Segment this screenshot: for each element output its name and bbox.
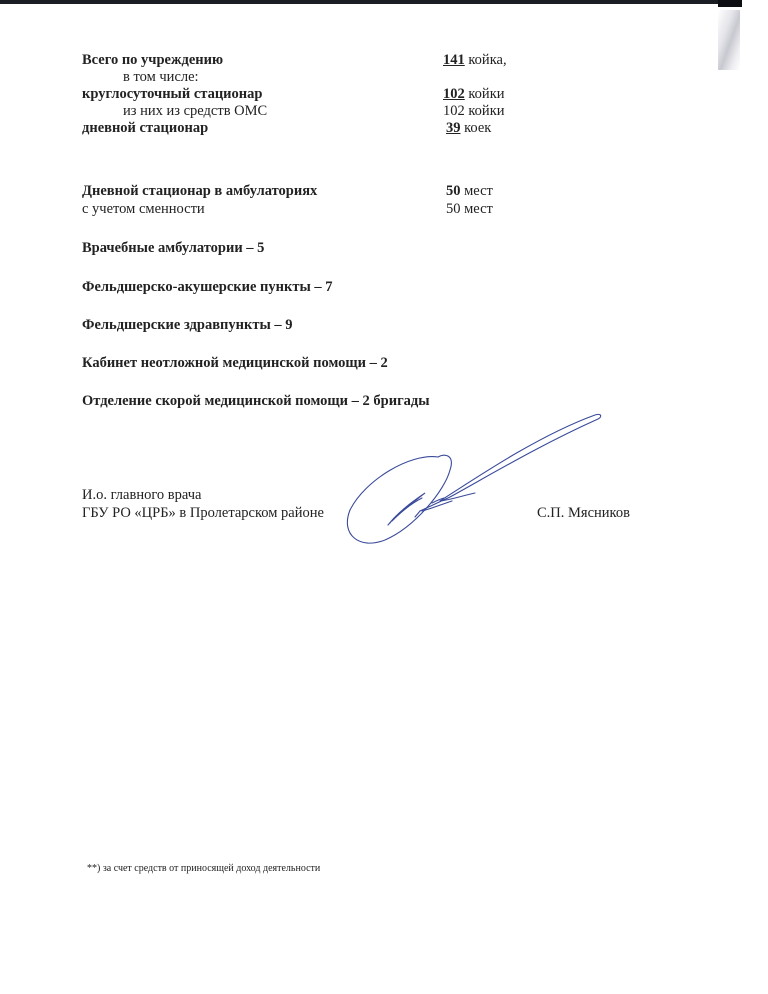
day-hospital-value: 39 коек [446,120,491,136]
total-number: 141 [443,52,465,68]
shift-value: 50 мест [446,201,493,217]
total-label: Всего по учреждению [82,52,223,68]
total-unit: койка, [468,52,506,68]
scan-page-fold [718,10,740,70]
day-hospital-unit: коек [464,120,491,136]
signatory-organization: ГБУ РО «ЦРБ» в Пролетарском районе [82,505,324,521]
footnote: **) за счет средств от приносящей доход … [87,863,320,875]
facility-item: Врачебные амбулатории – 5 [82,240,264,256]
handwritten-signature [340,405,610,555]
ambulatory-unit: мест [464,183,493,199]
facility-item: Фельдшерские здравпункты – 9 [82,317,293,333]
total-value: 141 койка, [443,52,507,68]
facility-item: Кабинет неотложной медицинской помощи – … [82,355,388,371]
round-the-clock-number: 102 [443,86,465,102]
round-the-clock-unit: койки [468,86,504,102]
ambulatory-day-hospital-value: 50 мест [446,183,493,199]
ambulatory-number: 50 [446,183,461,199]
scan-top-border [0,0,740,4]
ambulatory-day-hospital-label: Дневной стационар в амбулаториях [82,183,317,199]
day-hospital-number: 39 [446,120,461,136]
including-label: в том числе: [123,69,199,85]
shift-label: с учетом сменности [82,201,205,217]
signatory-title: И.о. главного врача [82,487,201,503]
oms-label: из них из средств ОМС [123,103,267,119]
scan-corner-shadow [718,0,742,7]
round-the-clock-value: 102 койки [443,86,505,102]
facility-item: Фельдшерско-акушерские пункты – 7 [82,279,333,295]
day-hospital-label: дневной стационар [82,120,208,136]
round-the-clock-label: круглосуточный стационар [82,86,262,102]
oms-value: 102 койки [443,103,505,119]
